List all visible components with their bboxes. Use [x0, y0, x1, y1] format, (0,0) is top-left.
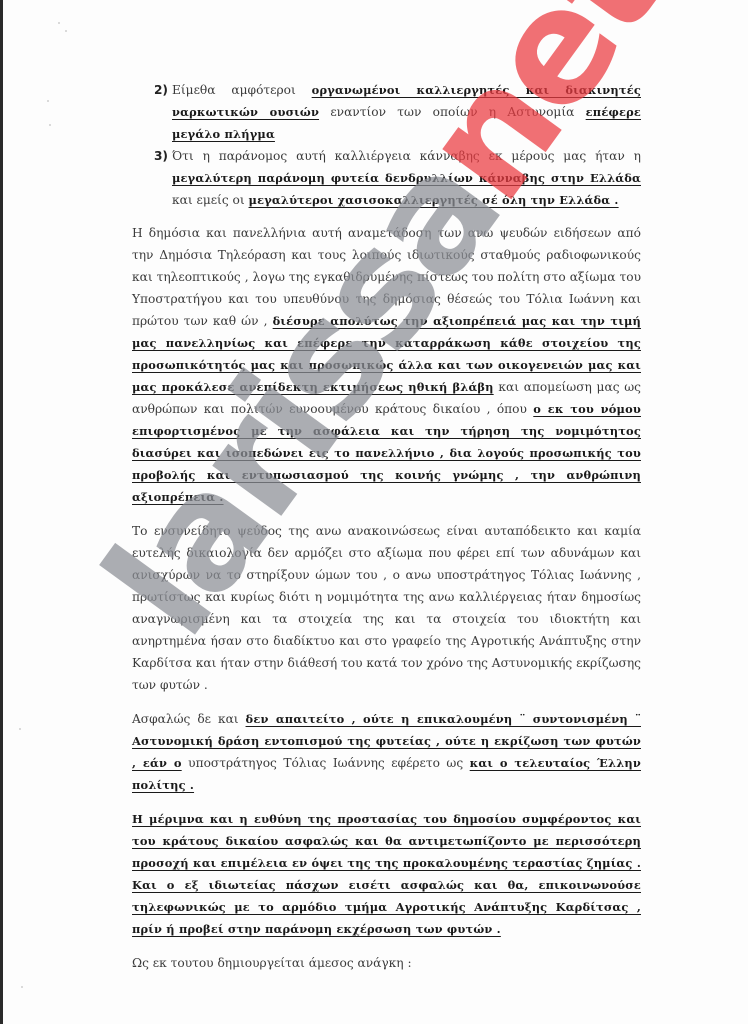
- list-item: 2)Είμεθα αμφότεροι οργανωμένοι καλλιεργη…: [132, 79, 641, 145]
- scanned-document-page: 2)Είμεθα αμφότεροι οργανωμένοι καλλιεργη…: [0, 0, 748, 1024]
- body-text: Η δημόσια και πανελλήνια αυτή αναμετάδοσ…: [132, 226, 641, 328]
- emphasized-text: Η μέριμνα και η ευθύνη της προστασίας το…: [132, 812, 641, 936]
- emphasized-text: μεγαλύτερη παράνομη φυτεία δενδρυλλίων κ…: [172, 171, 641, 185]
- list-item: 3)Ότι η παράνομος αυτή καλλιέργεια κάννα…: [132, 145, 641, 211]
- paragraph: Η μέριμνα και η ευθύνη της προστασίας το…: [132, 808, 641, 940]
- body-text: εναντίον των οποίων η Αστυνομία: [319, 105, 586, 119]
- paragraph: Το ενσυνείδητο ψεύδος της ανω ανακοινώσε…: [132, 520, 641, 696]
- body-text: υποστράτηγος Τόλιας Ιωάννης εφέρετο ως: [182, 756, 470, 770]
- scan-speck: [21, 986, 23, 988]
- scan-speck: [47, 100, 49, 102]
- emphasized-text: μεγαλύτεροι χασισοκαλλιεργητές σέ όλη τη…: [249, 193, 619, 207]
- paragraph: Η δημόσια και πανελλήνια αυτή αναμετάδοσ…: [132, 222, 641, 508]
- numbered-list: 2)Είμεθα αμφότεροι οργανωμένοι καλλιεργη…: [132, 79, 641, 211]
- body-text: και εμείς οι: [172, 193, 249, 207]
- emphasized-text: ο εκ του νόμου επιφορτισμένος με την ασφ…: [132, 402, 641, 504]
- paragraph: Ως εκ τουτου δημιουργείται άμεσος ανάγκη…: [132, 952, 641, 974]
- body-text: Είμεθα αμφότεροι: [172, 83, 312, 97]
- body-text: Ότι η παράνομος αυτή καλλιέργεια κάνναβη…: [172, 149, 641, 163]
- body-text: Ασφαλώς δε και: [132, 712, 246, 726]
- document-body: 2)Είμεθα αμφότεροι οργανωμένοι καλλιεργη…: [132, 79, 641, 974]
- body-text: Το ενσυνείδητο ψεύδος της ανω ανακοινώσε…: [132, 524, 641, 692]
- paragraphs: Η δημόσια και πανελλήνια αυτή αναμετάδοσ…: [132, 222, 641, 974]
- scan-speck: [49, 124, 51, 126]
- scan-speck: [58, 22, 60, 24]
- scan-speck: [19, 728, 21, 730]
- list-number: 2): [132, 79, 168, 101]
- body-text: Ως εκ τουτου δημιουργείται άμεσος ανάγκη…: [132, 956, 412, 970]
- list-number: 3): [132, 145, 168, 167]
- scan-speck: [65, 30, 67, 32]
- paragraph: Ασφαλώς δε και δεν απαιτείτο , ούτε η επ…: [132, 708, 641, 796]
